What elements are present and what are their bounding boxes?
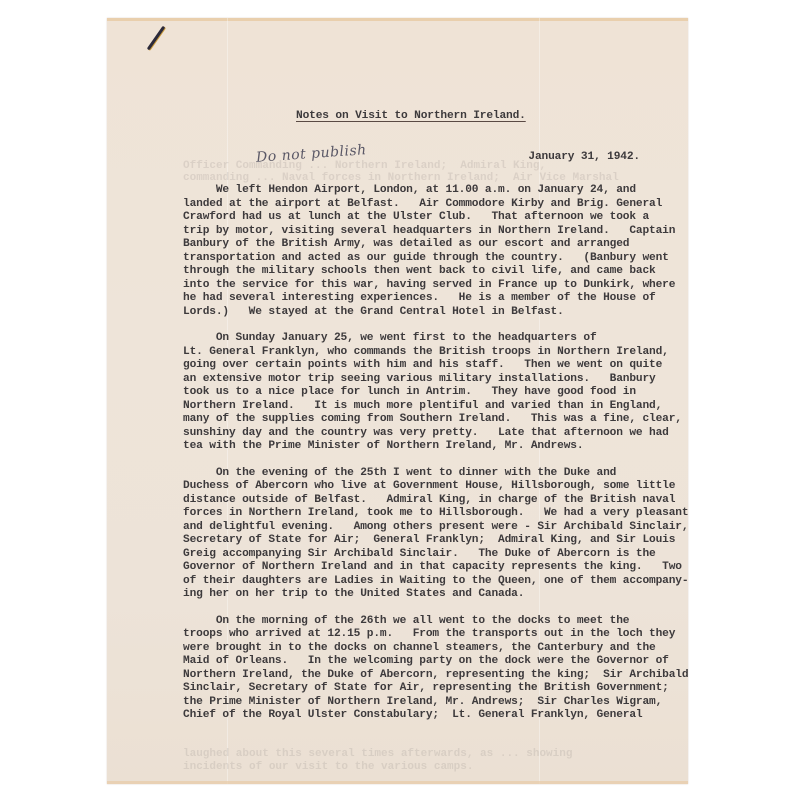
text-line: distance outside of Belfast. Admiral Kin… (183, 494, 663, 508)
text-line: Maid of Orleans. In the welcoming party … (183, 655, 663, 669)
text-line: landed at the airport at Belfast. Air Co… (183, 198, 663, 212)
text-line: Crawford had us at lunch at the Ulster C… (183, 211, 663, 225)
paragraph: On Sunday January 25, we went first to t… (183, 332, 663, 454)
bleed-through-text: Officer Commanding ... Northern Ireland;… (183, 160, 546, 172)
text-line: Lt. General Franklyn, who commands the B… (183, 346, 663, 360)
text-line: Sinclair, Secretary of State for Air, re… (183, 682, 663, 696)
text-line: troops who arrived at 12.15 p.m. From th… (183, 628, 663, 642)
text-line: forces in Northern Ireland, took me to H… (183, 507, 663, 521)
text-line: On the morning of the 26th we all went t… (183, 615, 663, 629)
text-line: an extensive motor trip seeing various m… (183, 373, 663, 387)
bleed-through-text: commanding ... Naval forces in Northern … (183, 172, 619, 184)
text-line: Greig accompanying Sir Archibald Sinclai… (183, 548, 663, 562)
text-line: On Sunday January 25, we went first to t… (183, 332, 663, 346)
document-date: January 31, 1942. (528, 151, 640, 163)
paragraph: We left Hendon Airport, London, at 11.00… (183, 184, 663, 319)
bleed-through-text: incidents of our visit to the various ca… (183, 761, 473, 773)
text-line: sunshiny day and the country was very pr… (183, 427, 663, 441)
text-line: transportation and acted as our guide th… (183, 252, 663, 266)
text-line: he had several interesting experiences. … (183, 292, 663, 306)
text-line: Chief of the Royal Ulster Constabulary; … (183, 709, 663, 723)
text-line: Governor of Northern Ireland and in that… (183, 561, 663, 575)
text-line: of their daughters are Ladies in Waiting… (183, 575, 663, 589)
text-line: many of the supplies coming from Souther… (183, 413, 663, 427)
document-body: We left Hendon Airport, London, at 11.00… (183, 184, 663, 736)
paragraph: On the evening of the 25th I went to din… (183, 467, 663, 602)
text-line: Lords.) We stayed at the Grand Central H… (183, 306, 663, 320)
text-line: the Prime Minister of Northern Ireland, … (183, 696, 663, 710)
text-line: Northern Ireland. It is much more plenti… (183, 400, 663, 414)
text-line: Northern Ireland, the Duke of Abercorn, … (183, 669, 663, 683)
text-line: We left Hendon Airport, London, at 11.00… (183, 184, 663, 198)
text-line: ing her on her trip to the United States… (183, 588, 663, 602)
document-title: Notes on Visit to Northern Ireland. (296, 110, 526, 122)
text-line: trip by motor, visiting several headquar… (183, 225, 663, 239)
text-line: On the evening of the 25th I went to din… (183, 467, 663, 481)
text-line: tea with the Prime Minister of Northern … (183, 440, 663, 454)
text-line: into the service for this war, having se… (183, 279, 663, 293)
text-line: going over certain points with him and h… (183, 359, 663, 373)
text-line: Banbury of the British Army, was detaile… (183, 238, 663, 252)
text-line: took us to a nice place for lunch in Ant… (183, 386, 663, 400)
text-line: Secretary of State for Air; General Fran… (183, 534, 663, 548)
bleed-through-text: laughed about this several times afterwa… (183, 748, 572, 760)
text-line: through the military schools then went b… (183, 265, 663, 279)
text-line: and delightful evening. Among others pre… (183, 521, 663, 535)
paragraph: On the morning of the 26th we all went t… (183, 615, 663, 723)
text-line: Duchess of Abercorn who live at Governme… (183, 480, 663, 494)
text-line: were brought in to the docks on channel … (183, 642, 663, 656)
